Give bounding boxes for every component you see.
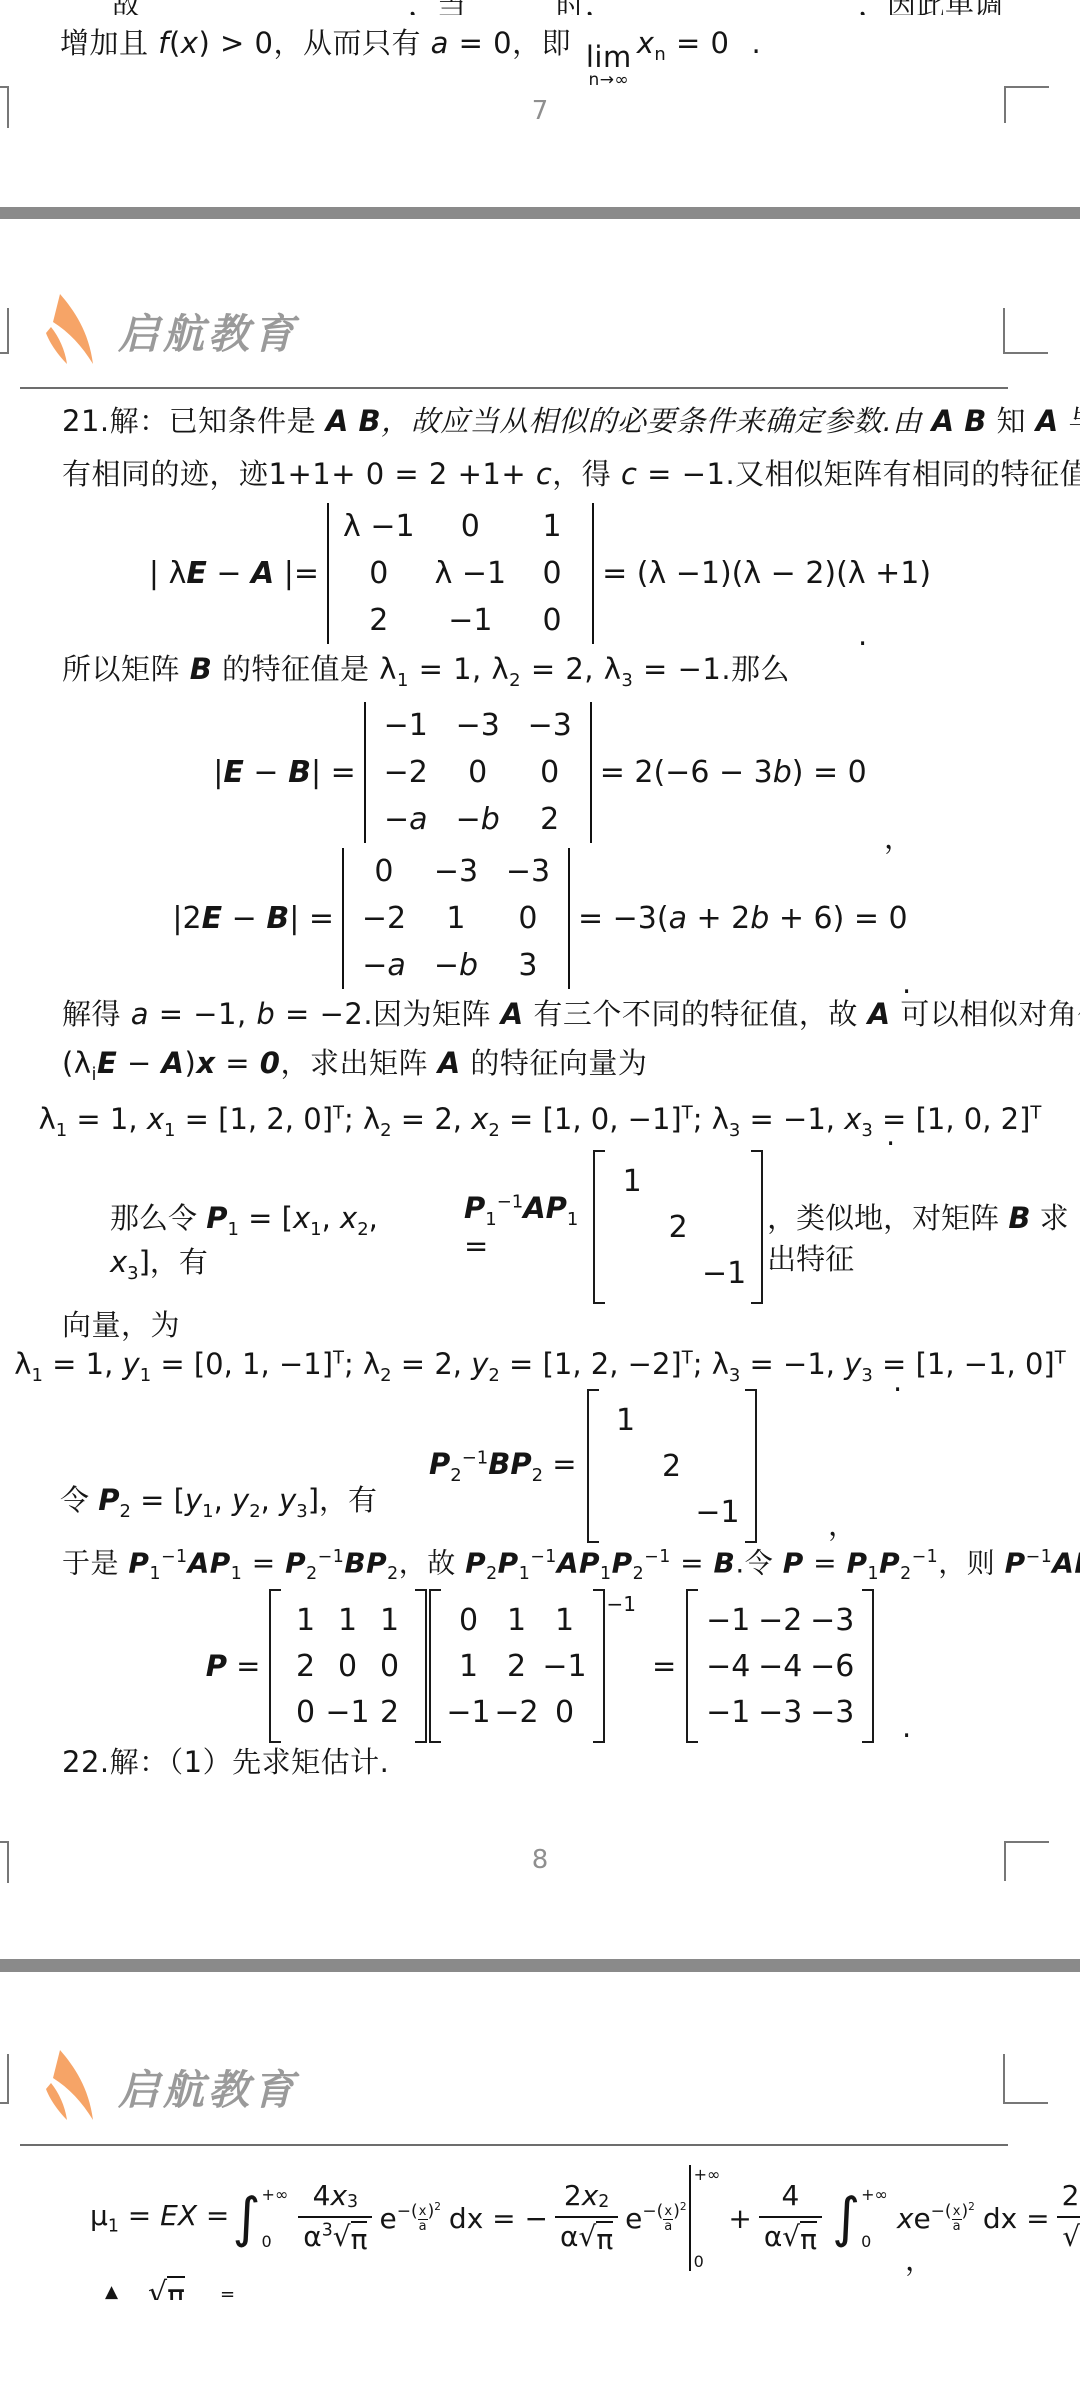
logo-sail-icon bbox=[40, 294, 108, 366]
logo-sail-icon bbox=[40, 2050, 108, 2122]
sqrt-pi: √π bbox=[578, 2221, 613, 2256]
clipped-text-fragment: ，当 bbox=[408, 0, 466, 15]
matrix-cell: −3 bbox=[434, 854, 478, 889]
determinant-E-B: |E − B| = −1−3−3 −200 −a−b2 = 2(−6 − 3b)… bbox=[0, 702, 1080, 842]
punctuation: . bbox=[886, 1118, 895, 1152]
solution22-line: 22.解：（1）先求矩估计. bbox=[62, 1745, 389, 1779]
matrix-cell: −1 bbox=[695, 1495, 739, 1530]
brand-logo: 启航教育 bbox=[40, 2050, 298, 2122]
matrix-cell: −1 bbox=[706, 1603, 750, 1638]
gaussian-exponent: −(xa)2 bbox=[931, 2201, 975, 2234]
matrix-cell: 0 bbox=[461, 509, 480, 544]
matrix-cell: −2 bbox=[362, 901, 406, 936]
crop-mark bbox=[1003, 308, 1048, 354]
solution21-line1: 21.解：已知条件是 A B，故应当从相似的必要条件来确定参数.由 A B 知 … bbox=[62, 404, 1080, 438]
matrix-cell: 1 bbox=[459, 1649, 478, 1684]
punctuation: . bbox=[893, 1364, 902, 1398]
P-matrix-equation: P = 111 200 0−12 011 12−1 −1−20 −1 = −1−… bbox=[0, 1596, 1080, 1736]
matrix-cell: 1 bbox=[555, 1603, 574, 1638]
matrix-cell: −3 bbox=[456, 708, 500, 743]
P2-definition: 令 P2 = [y1, y2, y3]，有 bbox=[60, 1478, 377, 1522]
content-rule bbox=[20, 2144, 1008, 2146]
conclusion-line: 于是 P1−1AP1 = P2−1BP2，故 P2P1−1AP1P2−1 = B… bbox=[62, 1540, 1080, 1591]
integral-sign: ∫+∞0 bbox=[232, 2185, 288, 2251]
determinant-label: |E − B| = bbox=[213, 755, 355, 790]
similarly-text: ，类似地，对矩阵 B 求出特征 bbox=[767, 1196, 1080, 1278]
diagonal-matrix: 1 2 −1 bbox=[593, 1150, 763, 1304]
matrix-cell: −1 bbox=[384, 708, 428, 743]
matrix-cell: 0 bbox=[543, 603, 562, 638]
equals-sign: = bbox=[652, 1649, 676, 1683]
logo-text: 启航教育 bbox=[118, 2057, 298, 2116]
sqrt-pi: √π bbox=[1062, 2221, 1080, 2256]
eigen-equation-line: (λiE − A)x = 0，求出矩阵 A 的特征向量为 bbox=[62, 1046, 647, 1092]
inverse-exponent: −1 bbox=[607, 1592, 636, 1616]
matrix-cell: 2 bbox=[380, 1695, 399, 1730]
integral-sign: ∫+∞0 bbox=[832, 2185, 888, 2251]
fraction: 4x3 α3√π bbox=[298, 2180, 372, 2255]
matrix-cell: −3 bbox=[758, 1695, 802, 1730]
matrix-cell: 2 bbox=[669, 1210, 688, 1245]
determinant-rhs: = 2(−6 − 3b) = 0 bbox=[600, 755, 867, 790]
mu-lhs: μ1 = EX = bbox=[90, 2199, 229, 2237]
vector-continuation-line: 向量，为 bbox=[62, 1308, 180, 1342]
matrix-cell: 0 bbox=[555, 1695, 574, 1730]
page-number: 7 bbox=[0, 96, 1080, 126]
diagonal-matrix: 1 2 −1 bbox=[587, 1389, 757, 1543]
page-separator bbox=[0, 207, 1080, 219]
determinant-label: |2E − B| = bbox=[172, 901, 334, 936]
P1-product-label: P1−1AP1 = bbox=[464, 1191, 583, 1264]
P2-diagonalization-row: 令 P2 = [y1, y2, y3]，有 P2−1BP2 = 1 2 −1 bbox=[0, 1396, 1080, 1536]
punctuation: ， bbox=[828, 1503, 857, 1544]
matrix-cell: −b bbox=[434, 948, 478, 983]
matrix-cell: −1 bbox=[706, 1695, 750, 1730]
matrix-cell: 0 bbox=[296, 1695, 315, 1730]
matrix-cell: 1 bbox=[338, 1603, 357, 1638]
matrix-cell: 2 bbox=[507, 1649, 526, 1684]
sqrt-pi: √π bbox=[782, 2221, 817, 2256]
page9-clipped-fragment: ▲ √π = bbox=[100, 2274, 400, 2300]
P-label: P = bbox=[206, 1649, 261, 1683]
matrix-cell: −2 bbox=[384, 755, 428, 790]
P2-product-label: P2−1BP2 = bbox=[429, 1447, 577, 1486]
matrix-cell: 0 bbox=[543, 556, 562, 591]
eigenvalue-line: 所以矩阵 B 的特征值是 λ1 = 1, λ2 = 2, λ3 = −1.那么 bbox=[62, 652, 790, 698]
matrix-cell: −2 bbox=[494, 1695, 538, 1730]
logo-text: 启航教育 bbox=[118, 301, 298, 360]
matrix-cell: 2 bbox=[662, 1449, 681, 1484]
gaussian-exponent: −(xa)2 bbox=[397, 2201, 441, 2234]
fraction: 2x2 α√π bbox=[555, 2180, 618, 2255]
matrix-cell: 2 bbox=[296, 1649, 315, 1684]
page7-body-line: 增加且 f(x) > 0，从而只有 a = 0，即 limn→∞xn = 0. bbox=[60, 26, 761, 89]
matrix-cell: −1 bbox=[702, 1256, 746, 1291]
clipped-text-fragment: ▲ bbox=[105, 2282, 118, 2300]
crop-mark bbox=[0, 308, 9, 354]
content-rule bbox=[20, 387, 1008, 389]
matrix-cell: 0 bbox=[380, 1649, 399, 1684]
fraction: 2α √π bbox=[1057, 2180, 1080, 2255]
solution21-line2: 有相同的迹，迹1+1+ 0 = 2 +1+ c，得 c = −1.又相似矩阵有相… bbox=[62, 457, 1080, 491]
document-viewer[interactable]: 故 ，当 时， ，因此单调 增加且 f(x) > 0，从而只有 a = 0，即 … bbox=[0, 0, 1080, 2388]
matrix-cell: 1 bbox=[623, 1164, 642, 1199]
matrix-cell: 0 bbox=[459, 1603, 478, 1638]
x-eigenvectors-line: λ1 = 1, x1 = [1, 2, 0]T; λ2 = 2, x2 = [1… bbox=[0, 1102, 1080, 1141]
matrix-cell: −3 bbox=[528, 708, 572, 743]
matrix-cell: 0 bbox=[374, 854, 393, 889]
solve-ab-line: 解得 a = −1, b = −2.因为矩阵 A 有三个不同的特征值，故 A 可… bbox=[62, 997, 1080, 1031]
matrix-cell: 1 bbox=[380, 1603, 399, 1638]
clipped-text-fragment: = bbox=[220, 2284, 235, 2300]
gaussian-exponent: −(xa)2 bbox=[642, 2201, 686, 2234]
matrix-cell: −1 bbox=[448, 603, 492, 638]
page7-clipped-line: 故 ，当 时， ，因此单调 bbox=[0, 0, 1080, 15]
determinant-label: | λE − A |= bbox=[149, 556, 319, 591]
matrix-cell: 0 bbox=[468, 755, 487, 790]
matrix-cell: −4 bbox=[758, 1649, 802, 1684]
matrix-cell: −2 bbox=[758, 1603, 802, 1638]
matrix-cell: −6 bbox=[810, 1649, 854, 1684]
matrix-cell: −a bbox=[384, 802, 428, 837]
evaluation-bar: +∞0 bbox=[689, 2165, 721, 2271]
determinant-2E-B: |2E − B| = 0−3−3 −210 −a−b3 = −3(a + 2b … bbox=[0, 848, 1080, 988]
punctuation: . bbox=[902, 966, 911, 1000]
matrix-cell: 0 bbox=[540, 755, 559, 790]
determinant-matrix: λ −101 0λ −10 2−10 bbox=[327, 503, 594, 644]
crop-mark bbox=[0, 2054, 9, 2104]
matrix-cell: −1 bbox=[542, 1649, 586, 1684]
P1-definition: 那么令 P1 = [x1, x2, x3]，有 bbox=[110, 1196, 412, 1284]
punctuation: . bbox=[902, 1710, 911, 1744]
matrix-cell: 2 bbox=[540, 802, 559, 837]
matrix-cell: 1 bbox=[507, 1603, 526, 1638]
determinant-rhs: = −3(a + 2b + 6) = 0 bbox=[578, 901, 908, 936]
clipped-text-fragment: ，因此单调 bbox=[858, 0, 1003, 15]
matrix-cell: λ −1 bbox=[343, 509, 415, 544]
matrix-cell: −3 bbox=[810, 1695, 854, 1730]
sqrt-pi: √π bbox=[333, 2221, 368, 2256]
determinant-matrix: 0−3−3 −210 −a−b3 bbox=[342, 848, 570, 989]
page-separator bbox=[0, 1959, 1080, 1972]
brand-logo: 启航教育 bbox=[40, 294, 298, 366]
matrix-cell: −3 bbox=[810, 1603, 854, 1638]
matrix-cell: −1 bbox=[446, 1695, 490, 1730]
matrix-cell: 0 bbox=[338, 1649, 357, 1684]
determinant-rhs: = (λ −1)(λ − 2)(λ +1) bbox=[602, 556, 931, 591]
clipped-sqrt-fragment: √π bbox=[148, 2276, 185, 2300]
matrix-cell: 0 bbox=[369, 556, 388, 591]
punctuation: ， bbox=[905, 2238, 934, 2279]
y-eigenvectors-line: λ1 = 1, y1 = [0, 1, −1]T; λ2 = 2, y2 = [… bbox=[0, 1347, 1080, 1386]
matrix-cell: 1 bbox=[543, 509, 562, 544]
determinant-lambdaE-A: | λE − A |= λ −101 0λ −10 2−10 = (λ −1)(… bbox=[0, 506, 1080, 641]
matrix-cell: −4 bbox=[706, 1649, 750, 1684]
matrix-cell: −b bbox=[456, 802, 500, 837]
matrix-cell: 2 bbox=[369, 603, 388, 638]
matrix-P2: 011 12−1 −1−20 bbox=[429, 1589, 605, 1743]
matrix-cell: λ −1 bbox=[435, 556, 507, 591]
matrix-cell: 1 bbox=[296, 1603, 315, 1638]
determinant-matrix: −1−3−3 −200 −a−b2 bbox=[364, 702, 592, 843]
clipped-text-fragment: 时， bbox=[556, 0, 614, 15]
matrix-cell: 0 bbox=[518, 901, 537, 936]
matrix-cell: 1 bbox=[616, 1403, 635, 1438]
crop-mark bbox=[1003, 2054, 1048, 2104]
matrix-cell: 3 bbox=[518, 948, 537, 983]
clipped-text-fragment: 故 bbox=[112, 0, 141, 15]
matrix-result: −1−2−3 −4−4−6 −1−3−3 bbox=[686, 1589, 874, 1743]
matrix-cell: −a bbox=[362, 948, 406, 983]
page-number: 8 bbox=[0, 1845, 1080, 1875]
matrix-cell: −3 bbox=[506, 854, 550, 889]
fraction: 4 α√π bbox=[759, 2180, 822, 2255]
punctuation: . bbox=[858, 618, 867, 652]
P1-diagonalization-row: 那么令 P1 = [x1, x2, x3]，有 P1−1AP1 = 1 2 −1… bbox=[0, 1152, 1080, 1302]
matrix-P1: 111 200 0−12 bbox=[269, 1589, 427, 1743]
matrix-cell: −1 bbox=[325, 1695, 369, 1730]
matrix-cell: 1 bbox=[446, 901, 465, 936]
limit-operator: limn→∞ bbox=[586, 43, 632, 89]
